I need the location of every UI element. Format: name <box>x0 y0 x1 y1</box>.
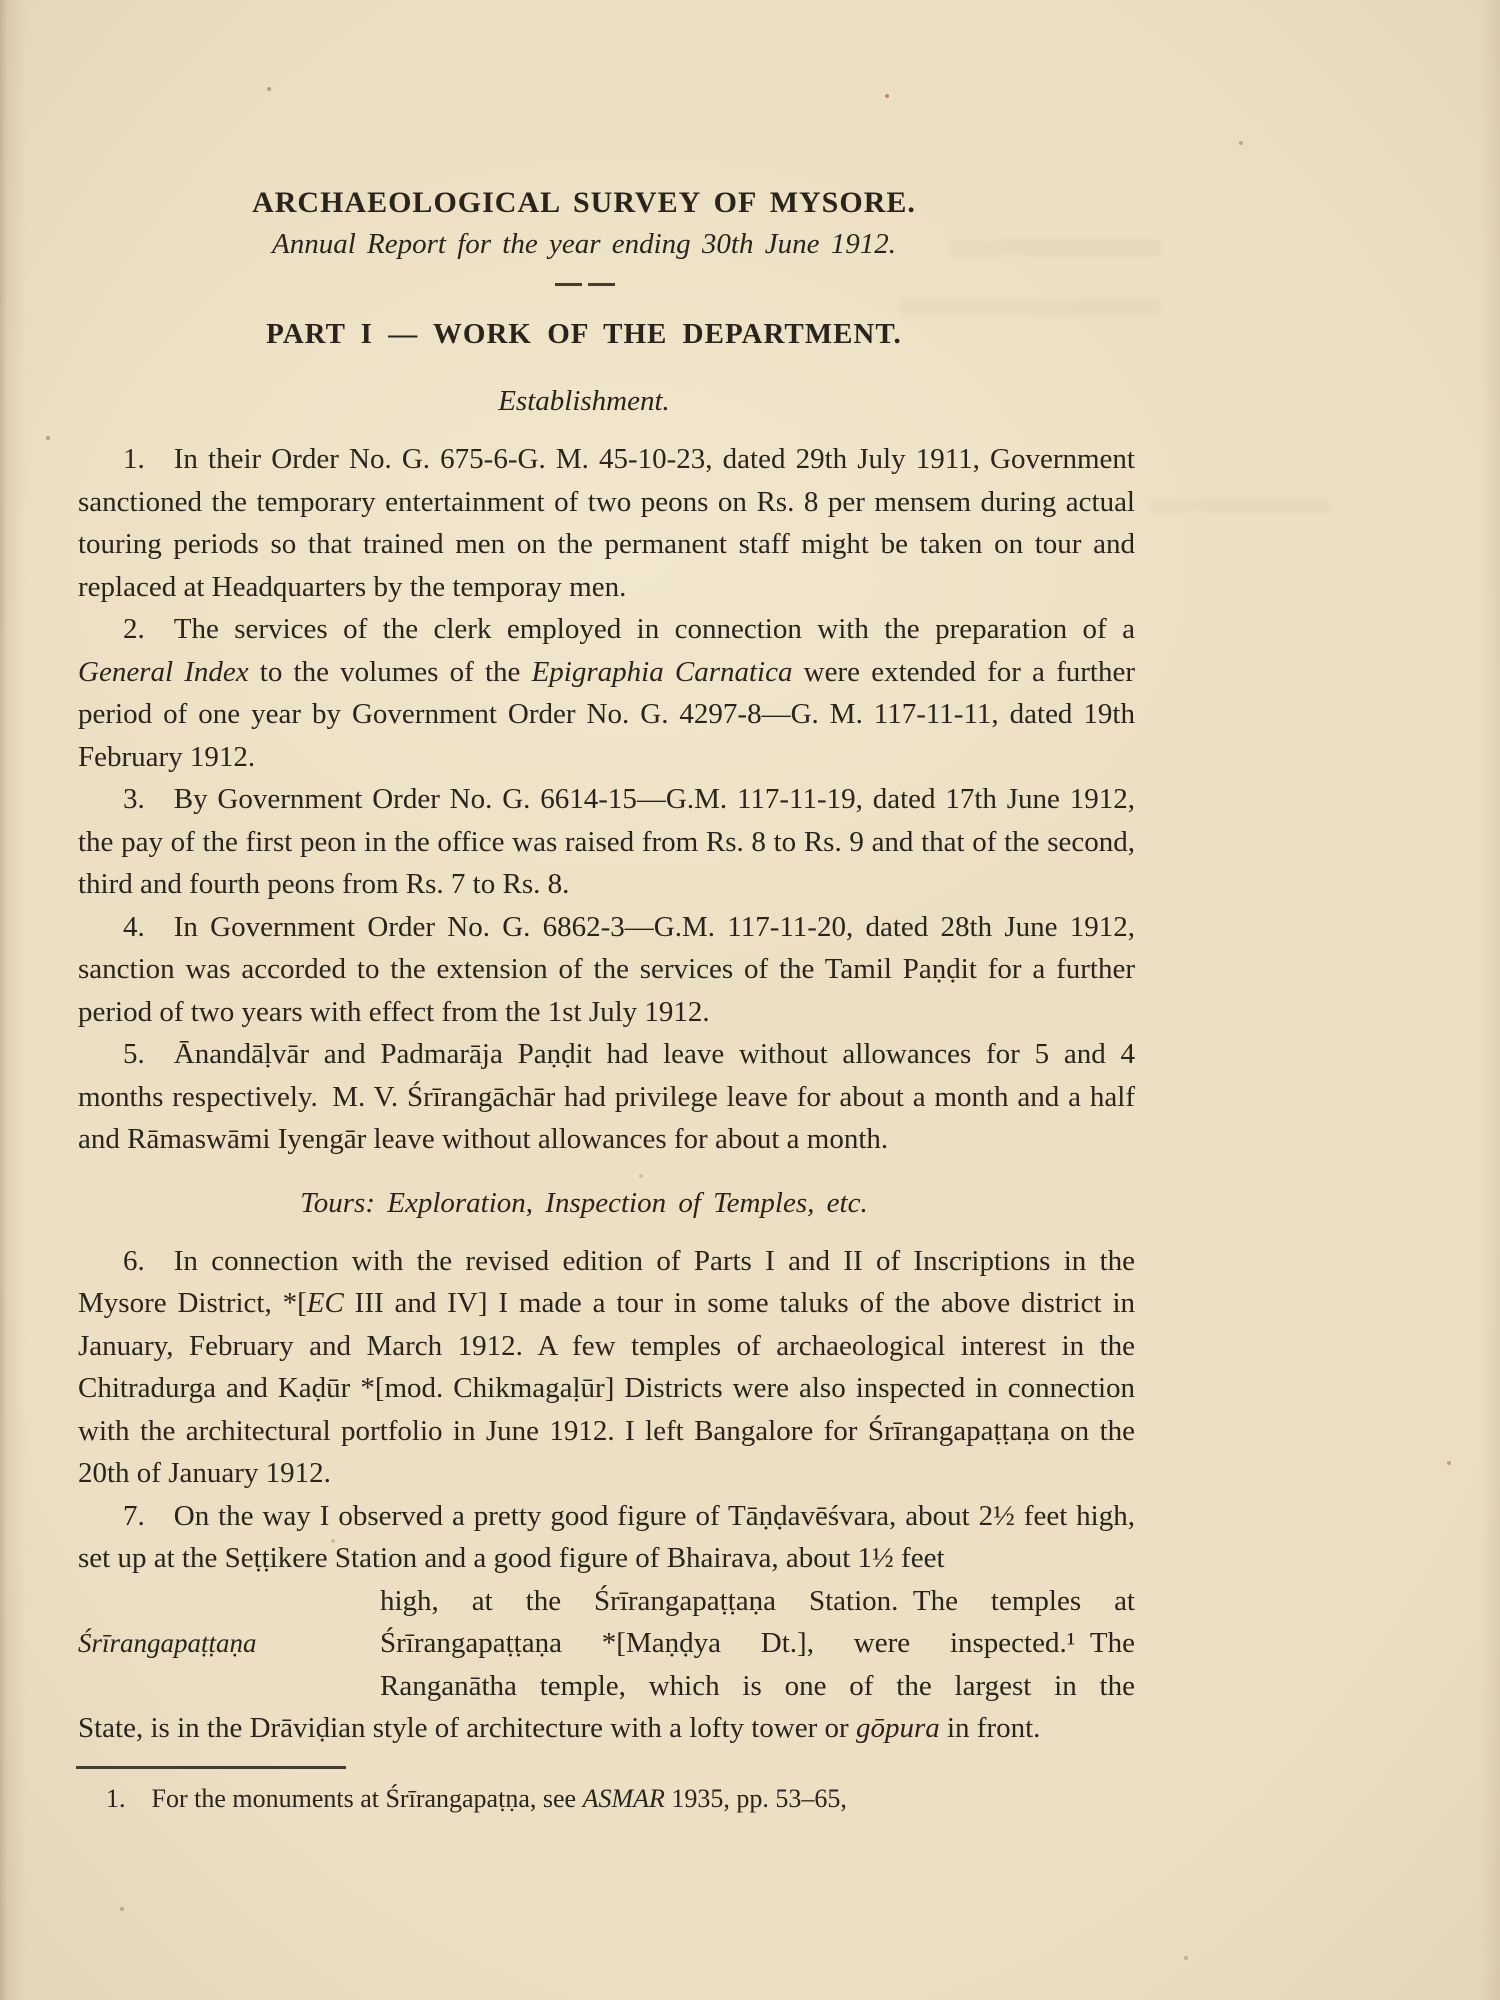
page-bleed-through <box>1150 500 1330 512</box>
paragraph-7-indented-block: Śrīrangapaṭṭaṇa high, at the Śrīrangapaṭ… <box>78 1580 1135 1708</box>
paragraph-6: 6. In connection with the revised editio… <box>78 1240 1135 1495</box>
paragraph-7-end: State, is in the Drāviḍian style of arch… <box>78 1707 1135 1750</box>
part-heading: PART I — WORK OF THE DEPARTMENT. <box>78 318 1135 351</box>
paragraph-2: 2. The services of the clerk employed in… <box>78 608 1135 778</box>
document-page: ARCHAEOLOGICAL SURVEY OF MYSORE. Annual … <box>0 0 1500 2000</box>
paragraph-7-start: 7. On the way I observed a pretty good f… <box>78 1495 1135 1580</box>
paper-specks <box>0 0 2 2</box>
margin-note-srirangapattana: Śrīrangapaṭṭaṇa <box>78 1580 380 1708</box>
paragraph-1: 1. In their Order No. G. 675-6-G. M. 45-… <box>78 438 1135 608</box>
title-divider-rule <box>555 283 615 286</box>
paragraph-5: 5. Ānandāḷvār and Padmarāja Paṇḍit had l… <box>78 1033 1135 1161</box>
text-column: ARCHAEOLOGICAL SURVEY OF MYSORE. Annual … <box>78 0 1135 1819</box>
section-heading-tours: Tours: Exploration, Inspection of Temple… <box>78 1187 1135 1220</box>
footnote-1: 1. For the monuments at Śrīrangapaṭṇa, s… <box>78 1779 1135 1819</box>
section-heading-establishment: Establishment. <box>78 385 1135 418</box>
footnote-rule <box>76 1766 346 1769</box>
report-subtitle: Annual Report for the year ending 30th J… <box>78 228 1135 261</box>
paragraph-3: 3. By Government Order No. G. 6614-15—G.… <box>78 778 1135 906</box>
establishment-section: 1. In their Order No. G. 675-6-G. M. 45-… <box>78 438 1135 1161</box>
tours-section: 6. In connection with the revised editio… <box>78 1240 1135 1750</box>
paragraph-7-continued: high, at the Śrīrangapaṭṭaṇa Station. Th… <box>380 1580 1135 1708</box>
paragraph-4: 4. In Government Order No. G. 6862-3—G.M… <box>78 906 1135 1034</box>
report-title: ARCHAEOLOGICAL SURVEY OF MYSORE. <box>78 186 1135 220</box>
